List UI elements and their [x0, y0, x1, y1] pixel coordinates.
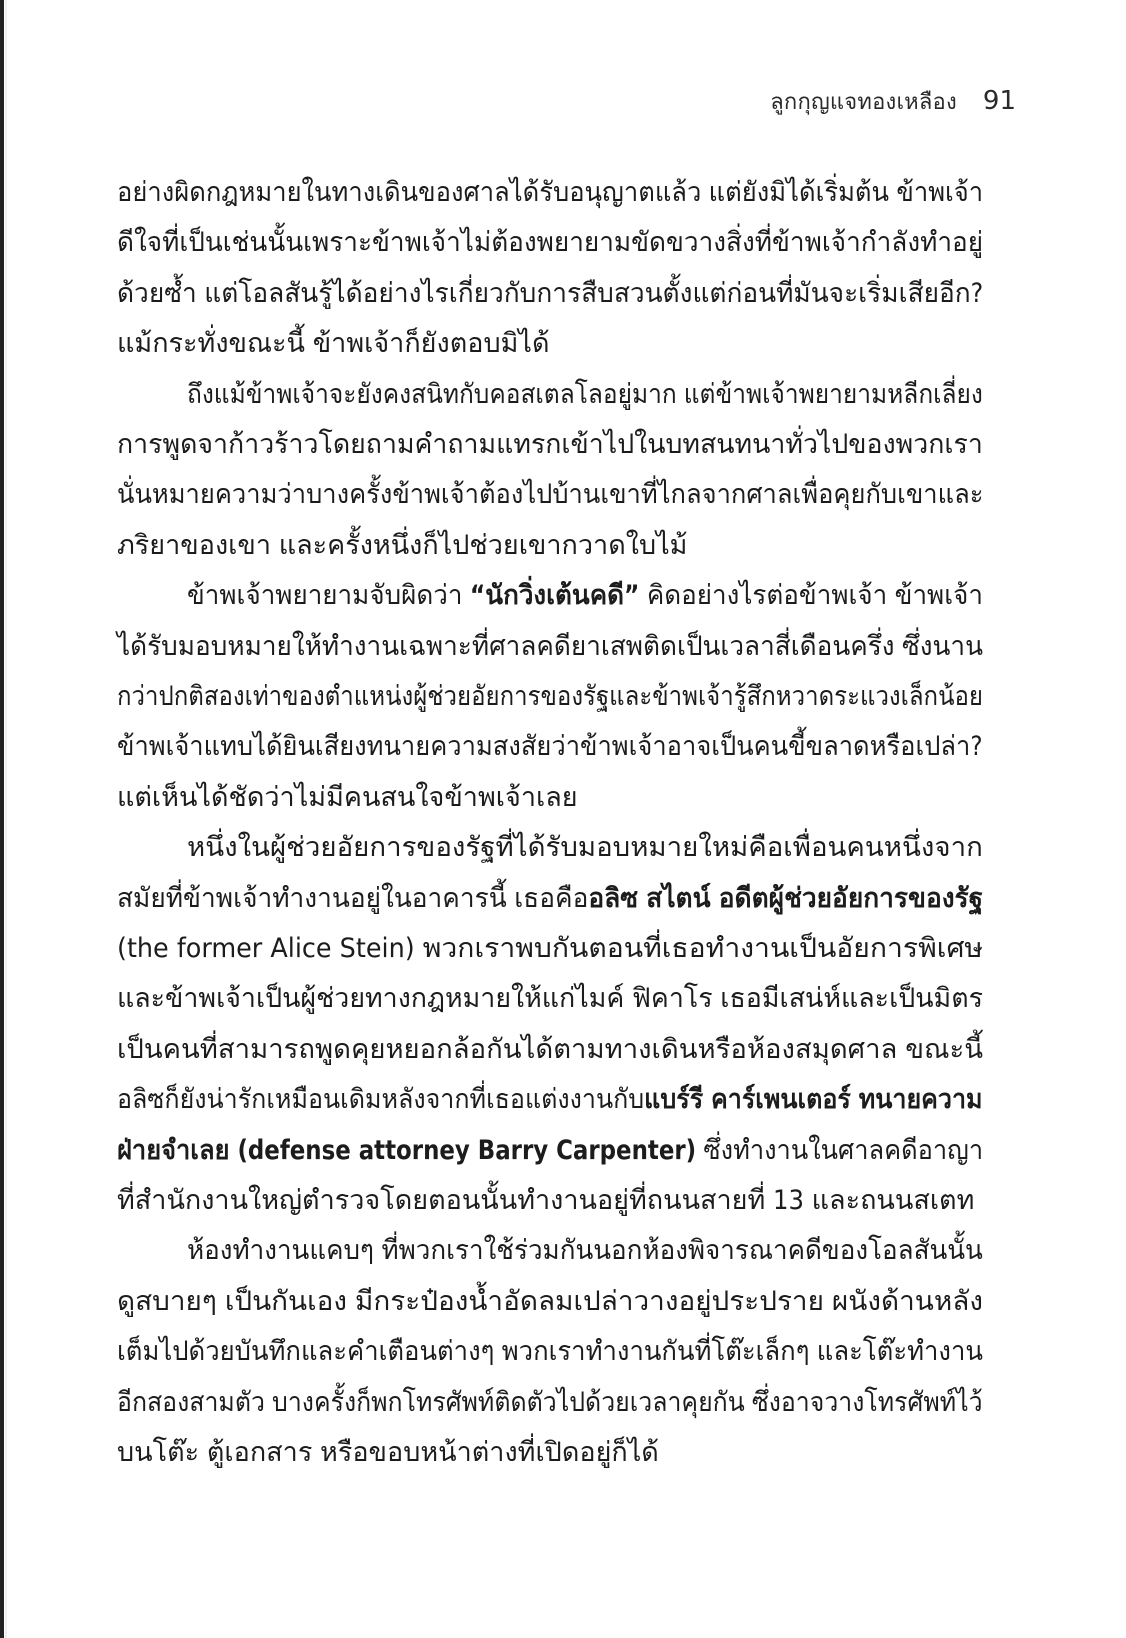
text-segment: อีกสองสามตัว บางครั้งก็พกโทรศัพท์ติดตัวไ… — [117, 1387, 983, 1418]
text-segment: และข้าพเจ้าเป็นผู้ช่วยทางกฎหมายให้แก่ไมค… — [117, 983, 983, 1014]
text-segment: ด้วยซ้ำ แต่โอลสันรู้ได้อย่างไรเกี่ยวกับก… — [117, 278, 983, 309]
text-segment: ห้องทำงานแคบๆ ที่พวกเราใช้ร่วมกันนอกห้อง… — [187, 1235, 983, 1266]
page-edge — [0, 0, 4, 1638]
text-segment: พวกเราพบกันตอนที่เธอทำงานเป็นอัยการพิเศษ — [415, 933, 983, 964]
text-line: ฝ่ายจำเลย (defense attorney Barry Carpen… — [117, 1126, 983, 1176]
bold-text-segment: แบร์รี คาร์เพนเตอร์ ทนายความ — [644, 1084, 982, 1115]
page-number: 91 — [983, 86, 1016, 116]
text-line: ดีใจที่เป็นเช่นนั้นเพราะข้าพเจ้าไม่ต้องพ… — [117, 218, 983, 268]
running-header: ลูกกุญแจทองเหลือง 91 — [770, 84, 1016, 119]
text-line: ข้าพเจ้าพยายามจับผิดว่า “นักวิ่งเต้นคดี”… — [187, 571, 983, 621]
text-line: แต่เห็นได้ชัดว่าไม่มีคนสนใจข้าพเจ้าเลย — [117, 773, 578, 823]
text-line: บนโต๊ะ ตู้เอกสาร หรือขอบหน้าต่างที่เปิดอ… — [117, 1428, 659, 1478]
text-segment: อย่างผิดกฎหมายในทางเดินของศาลได้รับอนุญา… — [117, 177, 983, 208]
text-segment: ข้าพเจ้าพยายามจับผิดว่า — [187, 580, 470, 611]
text-segment: แม้กระทั่งขณะนี้ ข้าพเจ้าก็ยังตอบมิได้ — [117, 328, 550, 359]
text-line: อีกสองสามตัว บางครั้งก็พกโทรศัพท์ติดตัวไ… — [117, 1378, 983, 1428]
text-line: ได้รับมอบหมายให้ทำงานเฉพาะที่ศาลคดียาเสพ… — [117, 622, 983, 672]
text-line: ภริยาของเขา และครั้งหนึ่งก็ไปช่วยเขากวาด… — [117, 521, 687, 571]
text-line: และข้าพเจ้าเป็นผู้ช่วยทางกฎหมายให้แก่ไมค… — [117, 974, 983, 1024]
bold-text-segment: อลิซ สไตน์ อดีตผู้ช่วยอัยการของรัฐ — [588, 883, 983, 914]
text-segment: เต็มไปด้วยบันทึกและคำเตือนต่างๆ พวกเราทำ… — [117, 1336, 983, 1367]
text-segment: ถึงแม้ข้าพเจ้าจะยังคงสนิทกับคอสเตลโลอยู่… — [187, 379, 983, 410]
text-line: แม้กระทั่งขณะนี้ ข้าพเจ้าก็ยังตอบมิได้ — [117, 319, 550, 369]
text-segment: กว่าปกติสองเท่าของตำแหน่งผู้ช่วยอัยการขอ… — [117, 681, 983, 712]
text-segment: ภริยาของเขา และครั้งหนึ่งก็ไปช่วยเขากวาด… — [117, 530, 687, 561]
text-segment: หนึ่งในผู้ช่วยอัยการของรัฐที่ได้รับมอบหม… — [187, 832, 983, 863]
book-title: ลูกกุญแจทองเหลือง — [770, 84, 957, 119]
text-segment: บนโต๊ะ ตู้เอกสาร หรือขอบหน้าต่างที่เปิดอ… — [117, 1437, 659, 1468]
text-segment: สมัยที่ข้าพเจ้าทำงานอยู่ในอาคารนี้ เธอคื… — [117, 883, 588, 914]
text-segment: อลิซก็ยังน่ารักเหมือนเดิมหลังจากที่เธอแต… — [117, 1084, 644, 1115]
text-line: กว่าปกติสองเท่าของตำแหน่งผู้ช่วยอัยการขอ… — [117, 672, 983, 722]
text-line: เป็นคนที่สามารถพูดคุยหยอกล้อกันได้ตามทาง… — [117, 1025, 983, 1075]
text-line: ด้วยซ้ำ แต่โอลสันรู้ได้อย่างไรเกี่ยวกับก… — [117, 269, 983, 319]
text-segment: ข้าพเจ้าแทบได้ยินเสียงทนายความสงสัยว่าข้… — [117, 731, 983, 762]
text-line: ดูสบายๆ เป็นกันเอง มีกระป๋องน้ำอัดลมเปล่… — [117, 1277, 983, 1327]
text-line: สมัยที่ข้าพเจ้าทำงานอยู่ในอาคารนี้ เธอคื… — [117, 874, 983, 924]
text-line: การพูดจาก้าวร้าวโดยถามคำถามแทรกเข้าไปในบ… — [117, 420, 983, 470]
text-segment: ซึ่งทำงานในศาลคดีอาญา — [696, 1135, 983, 1166]
text-segment: คิดอย่างไรต่อข้าพเจ้า ข้าพเจ้า — [639, 580, 983, 611]
text-segment: (the former Alice Stein) — [117, 933, 415, 964]
text-line: นั่นหมายความว่าบางครั้งข้าพเจ้าต้องไปบ้า… — [117, 470, 983, 520]
bold-text-segment: “นักวิ่งเต้นคดี” — [470, 580, 640, 611]
text-segment: ได้รับมอบหมายให้ทำงานเฉพาะที่ศาลคดียาเสพ… — [117, 631, 983, 662]
page-edge-shadow — [5, 0, 7, 1638]
text-segment: เป็นคนที่สามารถพูดคุยหยอกล้อกันได้ตามทาง… — [117, 1034, 983, 1065]
text-segment: แต่เห็นได้ชัดว่าไม่มีคนสนใจข้าพเจ้าเลย — [117, 782, 578, 813]
text-line: หนึ่งในผู้ช่วยอัยการของรัฐที่ได้รับมอบหม… — [187, 823, 983, 873]
bold-text-segment: ฝ่ายจำเลย (defense attorney Barry Carpen… — [117, 1135, 696, 1166]
text-segment: ที่สำนักงานใหญ่ตำรวจโดยตอนนั้นทำงานอยู่ท… — [117, 1185, 974, 1216]
text-line: ข้าพเจ้าแทบได้ยินเสียงทนายความสงสัยว่าข้… — [117, 722, 983, 772]
text-segment: นั่นหมายความว่าบางครั้งข้าพเจ้าต้องไปบ้า… — [117, 479, 983, 510]
text-line: อลิซก็ยังน่ารักเหมือนเดิมหลังจากที่เธอแต… — [117, 1075, 983, 1125]
text-line: อย่างผิดกฎหมายในทางเดินของศาลได้รับอนุญา… — [117, 168, 983, 218]
text-segment: การพูดจาก้าวร้าวโดยถามคำถามแทรกเข้าไปในบ… — [117, 429, 983, 460]
text-line: ถึงแม้ข้าพเจ้าจะยังคงสนิทกับคอสเตลโลอยู่… — [187, 370, 983, 420]
text-line: ห้องทำงานแคบๆ ที่พวกเราใช้ร่วมกันนอกห้อง… — [187, 1226, 983, 1276]
text-segment: ดีใจที่เป็นเช่นนั้นเพราะข้าพเจ้าไม่ต้องพ… — [117, 227, 983, 258]
text-line: เต็มไปด้วยบันทึกและคำเตือนต่างๆ พวกเราทำ… — [117, 1327, 983, 1377]
text-line: (the former Alice Stein) พวกเราพบกันตอนท… — [117, 924, 983, 974]
text-segment: ดูสบายๆ เป็นกันเอง มีกระป๋องน้ำอัดลมเปล่… — [117, 1286, 983, 1317]
text-line: ที่สำนักงานใหญ่ตำรวจโดยตอนนั้นทำงานอยู่ท… — [117, 1176, 974, 1226]
